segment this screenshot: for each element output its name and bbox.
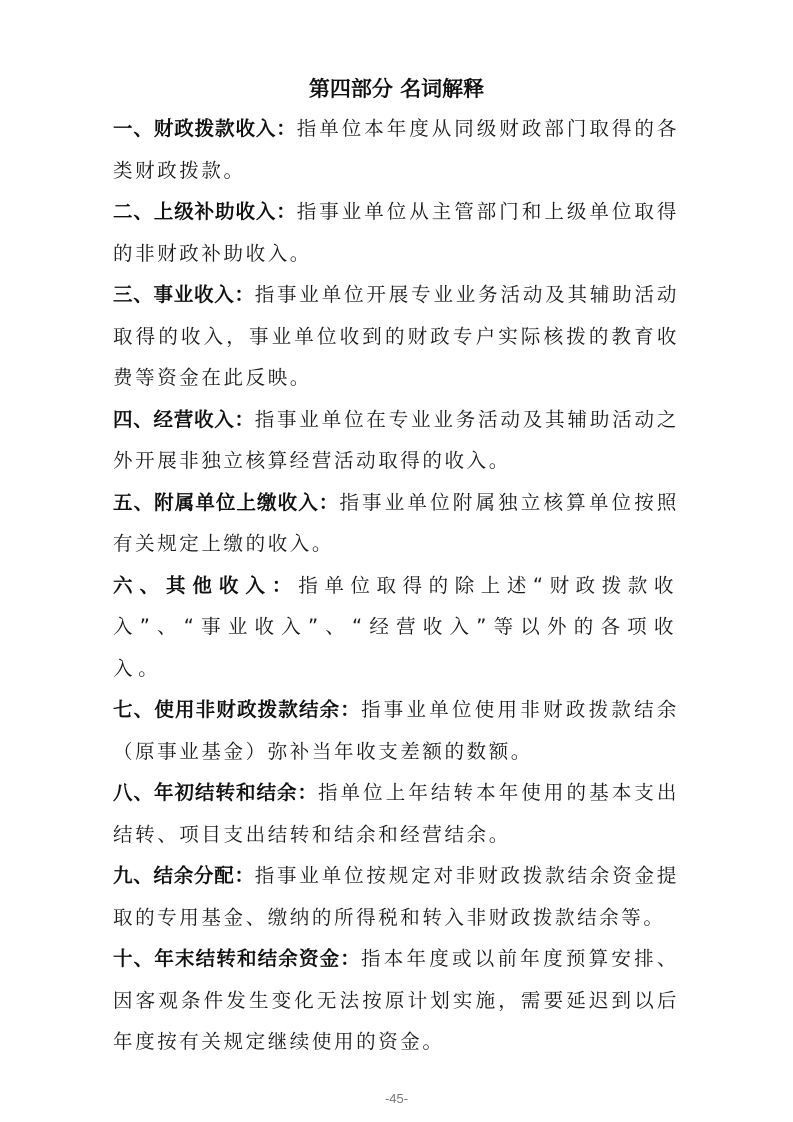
glossary-entry: 五、附属单位上缴收入：指事业单位附属独立核算单位按照有关规定上缴的收入。 xyxy=(113,482,679,565)
glossary-entry: 三、事业收入：指事业单位开展专业业务活动及其辅助活动取得的收入，事业单位收到的财… xyxy=(113,274,679,399)
glossary-list: 一、财政拨款收入：指单位本年度从同级财政部门取得的各类财政拨款。 二、上级补助收… xyxy=(113,108,679,1063)
glossary-entry: 七、使用非财政拨款结余：指事业单位使用非财政拨款结余（原事业基金）弥补当年收支差… xyxy=(113,689,679,772)
glossary-entry: 六、其他收入：指单位取得的除上述“财政拨款收入”、“事业收入”、“经营收入”等以… xyxy=(113,565,679,690)
glossary-entry: 十、年末结转和结余资金：指本年度或以前年度预算安排、因客观条件发生变化无法按原计… xyxy=(113,938,679,1063)
glossary-entry: 九、结余分配：指事业单位按规定对非财政拨款结余资金提取的专用基金、缴纳的所得税和… xyxy=(113,855,679,938)
glossary-term: 八、年初结转和结余： xyxy=(113,781,318,804)
glossary-entry: 一、财政拨款收入：指单位本年度从同级财政部门取得的各类财政拨款。 xyxy=(113,108,679,191)
glossary-term: 二、上级补助收入： xyxy=(113,200,297,223)
glossary-term: 四、经营收入： xyxy=(113,408,255,431)
glossary-term: 五、附属单位上缴收入： xyxy=(113,491,339,514)
glossary-term: 十、年末结转和结余资金： xyxy=(113,947,361,970)
glossary-term: 一、财政拨款收入： xyxy=(113,117,297,140)
glossary-entry: 四、经营收入：指事业单位在专业业务活动及其辅助活动之外开展非独立核算经营活动取得… xyxy=(113,399,679,482)
glossary-entry: 二、上级补助收入：指事业单位从主管部门和上级单位取得的非财政补助收入。 xyxy=(113,191,679,274)
page-number: -45- xyxy=(0,1091,793,1106)
glossary-term: 七、使用非财政拨款结余： xyxy=(113,698,361,721)
glossary-term: 三、事业收入： xyxy=(113,283,255,306)
glossary-term: 九、结余分配： xyxy=(113,864,255,887)
glossary-term: 六、其他收入： xyxy=(113,574,298,597)
glossary-entry: 八、年初结转和结余：指单位上年结转本年使用的基本支出结转、项目支出结转和结余和经… xyxy=(113,772,679,855)
page-title: 第四部分 名词解释 xyxy=(0,74,793,104)
